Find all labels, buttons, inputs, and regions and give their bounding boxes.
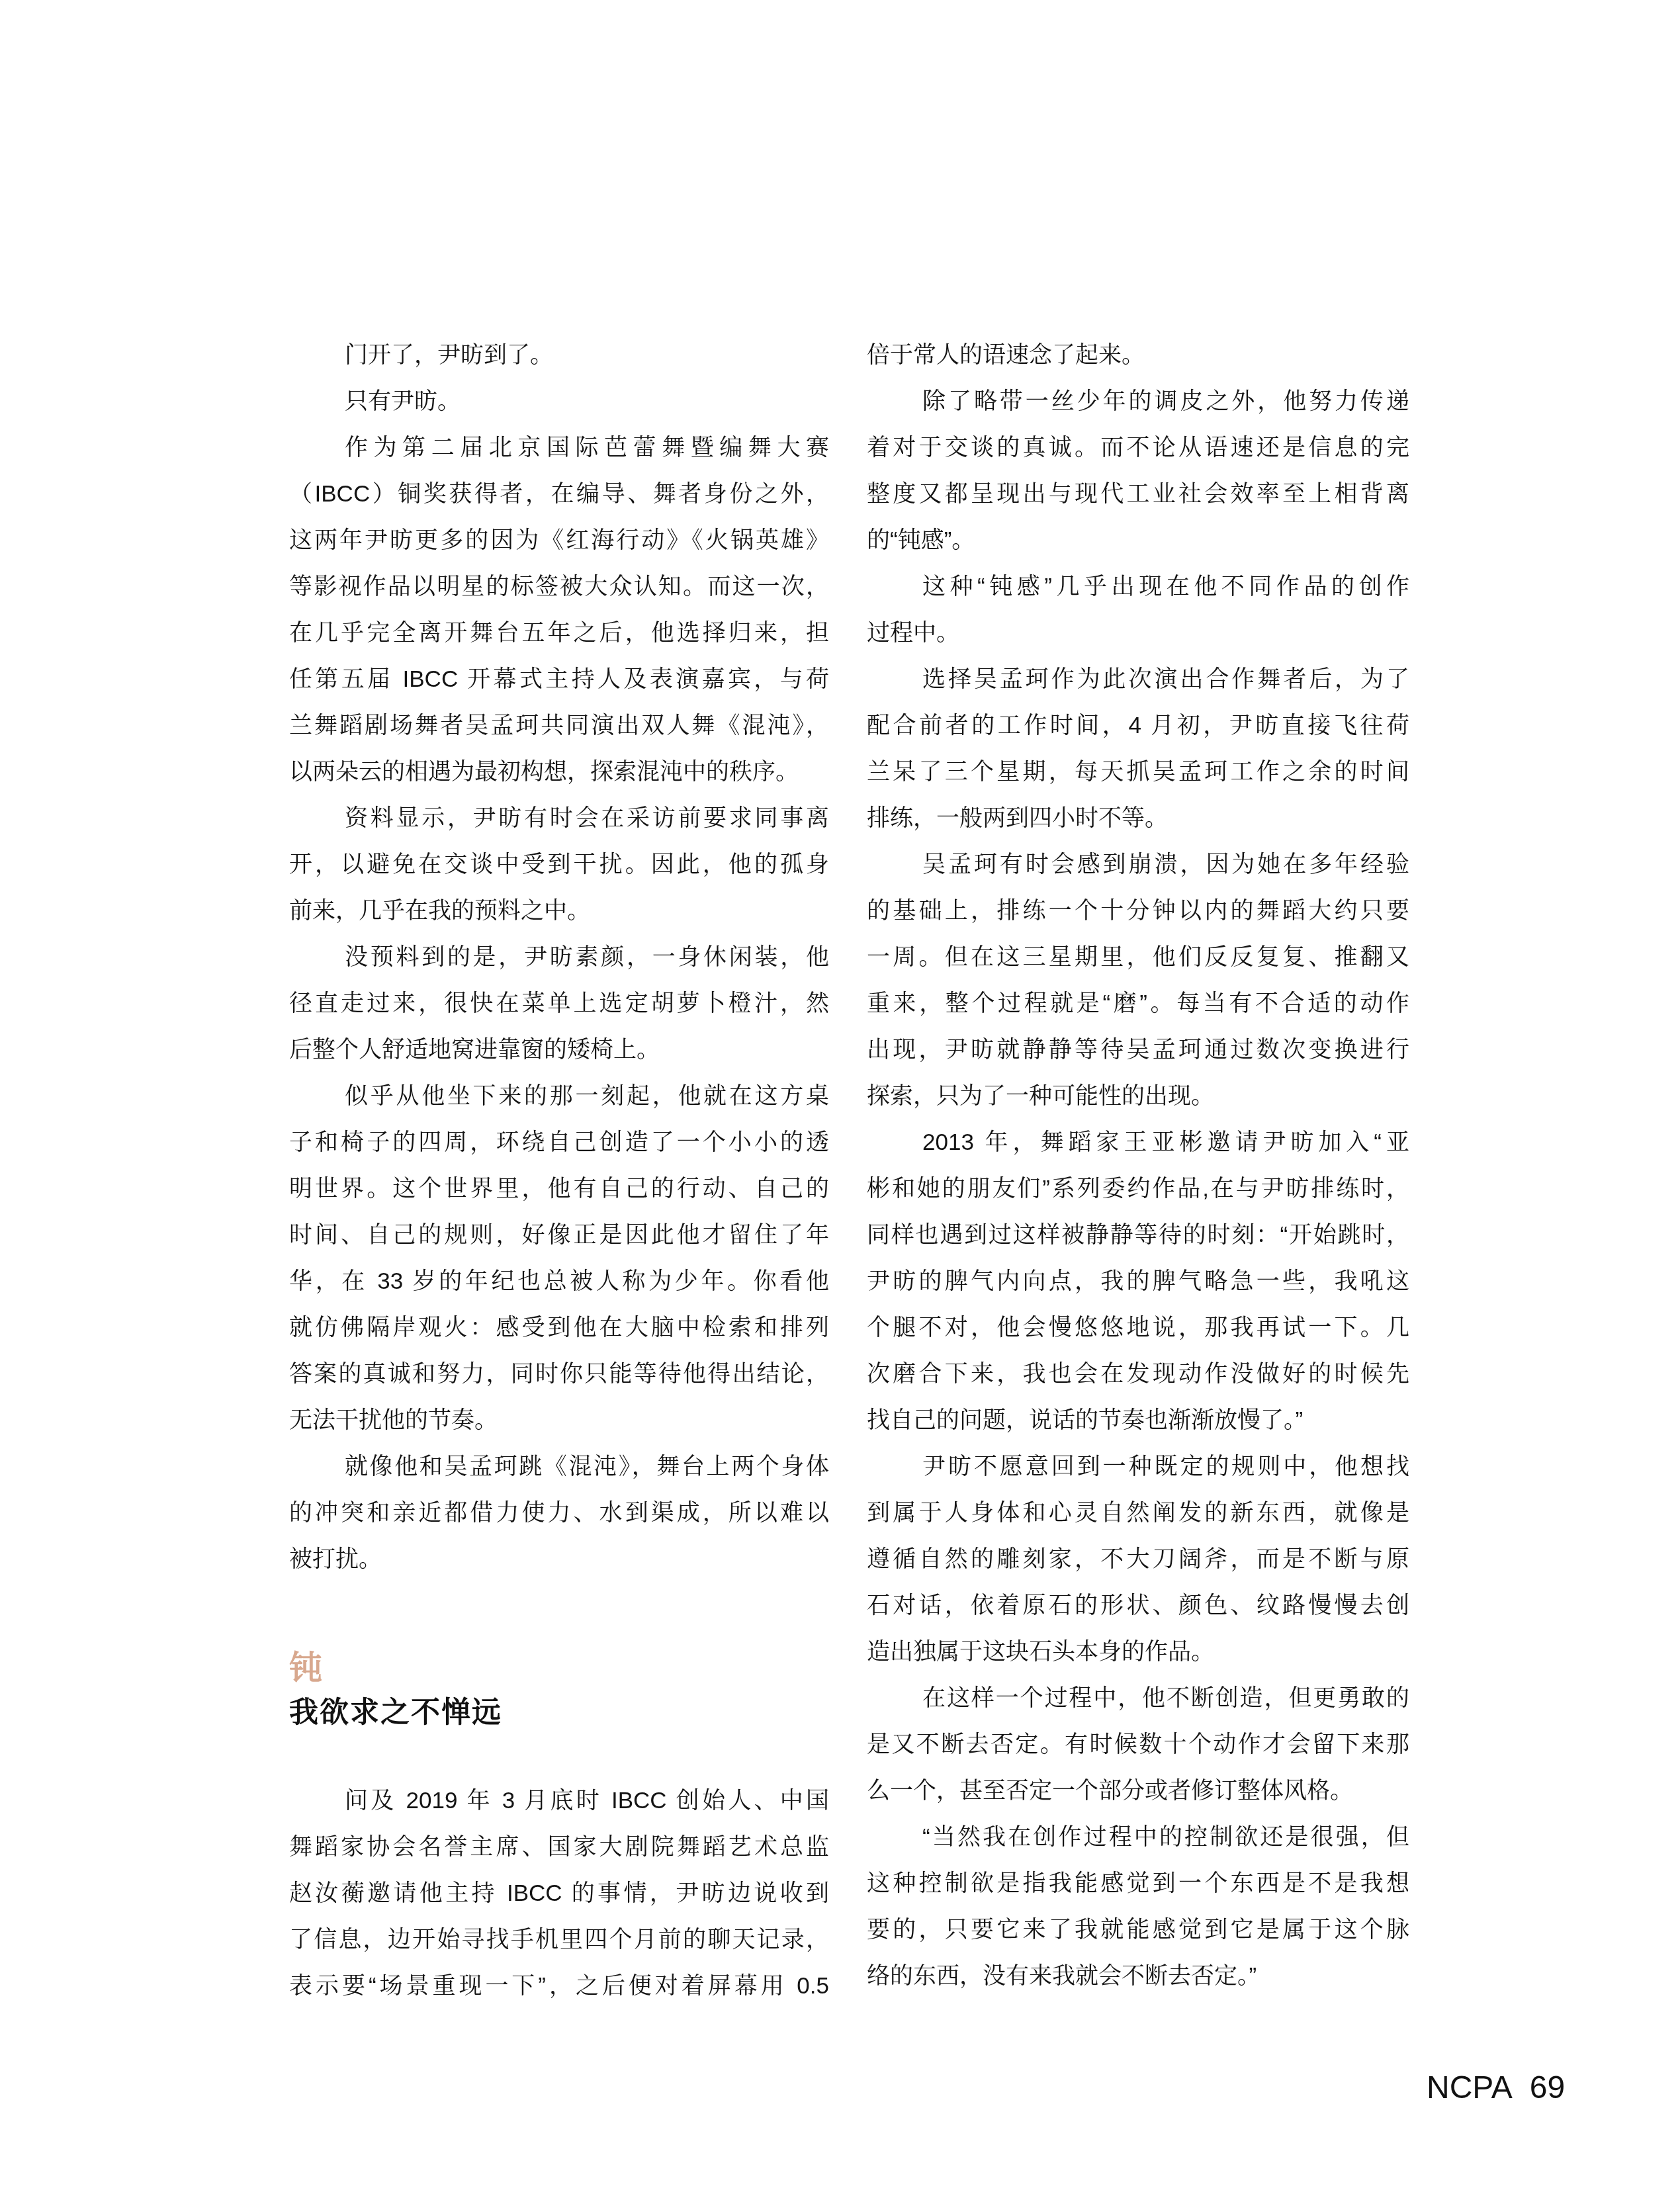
text-line: 明世界。这个世界里，他有自己的行动、自己的 [289,1166,829,1212]
text-line: 造出独属于这块石头本身的作品。 [867,1629,1409,1675]
page-footer: NCPA69 [1427,2070,1565,2107]
text-line: 华，在 33 岁的年纪也总被人称为少年。你看他 [289,1258,829,1305]
right-column: 倍于常人的语速念了起来。除了略带一丝少年的调皮之外，他努力传递着对于交谈的真诚。… [867,332,1409,1999]
text-line: 表示要“场景重现一下”，之后便对着屏幕用 0.5 [289,1963,829,2009]
left-column-paragraphs-after: 问及 2019 年 3 月底时 IBCC 创始人、中国舞蹈家协会名誉主席、国家大… [289,1778,829,2009]
text-line: 探索，只为了一种可能性的出现。 [867,1073,1409,1119]
text-line: 无法干扰他的节奏。 [289,1397,829,1444]
text-line: 同样也遇到过这样被静静等待的时刻：“开始跳时， [867,1212,1409,1258]
text-line: 到属于人身体和心灵自然阐发的新东西，就像是 [867,1490,1409,1536]
text-line: 找自己的问题，说话的节奏也渐渐放慢了。” [867,1397,1409,1444]
text-line: 开，以避免在交谈中受到干扰。因此，他的孤身 [289,842,829,888]
text-line: 以两朵云的相遇为最初构想，探索混沌中的秩序。 [289,749,829,795]
text-line: 的基础上，排练一个十分钟以内的舞蹈大约只要 [867,888,1409,934]
text-line: 资料显示，尹昉有时会在采访前要求同事离 [289,795,829,842]
text-line: 一周。但在这三星期里，他们反反复复、推翻又 [867,934,1409,981]
text-line: 着对于交谈的真诚。而不论从语速还是信息的完 [867,425,1409,471]
text-line: “当然我在创作过程中的控制欲还是很强，但 [867,1814,1409,1860]
text-line: 赵汝蘅邀请他主持 IBCC 的事情，尹昉边说收到 [289,1870,829,1917]
text-line: 遵循自然的雕刻家，不大刀阔斧，而是不断与原 [867,1536,1409,1583]
left-column-paragraphs: 门开了，尹昉到了。只有尹昉。作为第二届北京国际芭蕾舞暨编舞大赛（IBCC）铜奖获… [289,332,829,1583]
text-line: 被打扰。 [289,1536,829,1583]
text-line: 么一个，甚至否定一个部分或者修订整体风格。 [867,1768,1409,1814]
text-line: 尹昉的脾气内向点，我的脾气略急一些，我吼这 [867,1258,1409,1305]
text-line: 就像他和吴孟珂跳《混沌》，舞台上两个身体 [289,1444,829,1490]
section-title: 我欲求之不惮远 [289,1695,829,1731]
text-line: （IBCC）铜奖获得者，在编导、舞者身份之外， [289,471,829,517]
text-line: 就仿佛隔岸观火：感受到他在大脑中检索和排列 [289,1305,829,1351]
text-line: 2013 年，舞蹈家王亚彬邀请尹昉加入“亚 [867,1119,1409,1166]
text-line: 没预料到的是，尹昉素颜，一身休闲装，他 [289,934,829,981]
text-line: 时间、自己的规则，好像正是因此他才留住了年 [289,1212,829,1258]
footer-brand: NCPA [1427,2070,1513,2105]
text-line: 这两年尹昉更多的因为《红海行动》《火锅英雄》 [289,517,829,564]
text-line: 络的东西，没有来我就会不断去否定。” [867,1953,1409,1999]
text-line: 要的，只要它来了我就能感觉到它是属于这个脉 [867,1907,1409,1953]
text-line: 吴孟珂有时会感到崩溃，因为她在多年经验 [867,842,1409,888]
text-line: 的“钝感”。 [867,517,1409,564]
text-line: 出现，尹昉就静静等待吴孟珂通过数次变换进行 [867,1027,1409,1073]
text-line: 似乎从他坐下来的那一刻起，他就在这方桌 [289,1073,829,1119]
text-line: 配合前者的工作时间，4 月初，尹昉直接飞往荷 [867,703,1409,749]
text-line: 任第五届 IBCC 开幕式主持人及表演嘉宾，与荷 [289,656,829,703]
text-line: 选择吴孟珂作为此次演出合作舞者后，为了 [867,656,1409,703]
text-line: 兰呆了三个星期，每天抓吴孟珂工作之余的时间 [867,749,1409,795]
text-line: 门开了，尹昉到了。 [289,332,829,378]
text-line: 在这样一个过程中，他不断创造，但更勇敢的 [867,1675,1409,1722]
text-line: 过程中。 [867,610,1409,656]
left-column: 门开了，尹昉到了。只有尹昉。作为第二届北京国际芭蕾舞暨编舞大赛（IBCC）铜奖获… [289,332,829,2009]
text-line: 除了略带一丝少年的调皮之外，他努力传递 [867,378,1409,425]
section-kicker: 钝 [289,1649,829,1686]
text-line: 在几乎完全离开舞台五年之后，他选择归来，担 [289,610,829,656]
text-line: 重来，整个过程就是“磨”。每当有不合适的动作 [867,981,1409,1027]
text-line: 等影视作品以明星的标签被大众认知。而这一次， [289,564,829,610]
magazine-page: 门开了，尹昉到了。只有尹昉。作为第二届北京国际芭蕾舞暨编舞大赛（IBCC）铜奖获… [0,0,1680,2188]
text-line: 了信息，边开始寻找手机里四个月前的聊天记录， [289,1917,829,1963]
text-line: 只有尹昉。 [289,378,829,425]
footer-page-number: 69 [1530,2070,1565,2105]
text-line: 排练，一般两到四小时不等。 [867,795,1409,842]
text-line: 作为第二届北京国际芭蕾舞暨编舞大赛 [289,425,829,471]
text-line: 舞蹈家协会名誉主席、国家大剧院舞蹈艺术总监 [289,1824,829,1870]
text-line: 尹昉不愿意回到一种既定的规则中，他想找 [867,1444,1409,1490]
text-line: 这种控制欲是指我能感觉到一个东西是不是我想 [867,1860,1409,1907]
text-line: 这种“钝感”几乎出现在他不同作品的创作 [867,564,1409,610]
text-line: 个腿不对，他会慢悠悠地说，那我再试一下。几 [867,1305,1409,1351]
text-line: 的冲突和亲近都借力使力、水到渠成，所以难以 [289,1490,829,1536]
text-line: 倍于常人的语速念了起来。 [867,332,1409,378]
text-line: 兰舞蹈剧场舞者吴孟珂共同演出双人舞《混沌》， [289,703,829,749]
text-line: 答案的真诚和努力，同时你只能等待他得出结论， [289,1351,829,1397]
text-line: 整度又都呈现出与现代工业社会效率至上相背离 [867,471,1409,517]
text-line: 次磨合下来，我也会在发现动作没做好的时候先 [867,1351,1409,1397]
text-line: 后整个人舒适地窝进靠窗的矮椅上。 [289,1027,829,1073]
text-line: 是又不断去否定。有时候数十个动作才会留下来那 [867,1722,1409,1768]
text-line: 子和椅子的四周，环绕自己创造了一个小小的透 [289,1119,829,1166]
text-line: 前来，几乎在我的预料之中。 [289,888,829,934]
text-line: 问及 2019 年 3 月底时 IBCC 创始人、中国 [289,1778,829,1824]
text-line: 石对话，依着原石的形状、颜色、纹路慢慢去创 [867,1583,1409,1629]
text-line: 径直走过来，很快在菜单上选定胡萝卜橙汁，然 [289,981,829,1027]
text-line: 彬和她的朋友们”系列委约作品,在与尹昉排练时， [867,1166,1409,1212]
